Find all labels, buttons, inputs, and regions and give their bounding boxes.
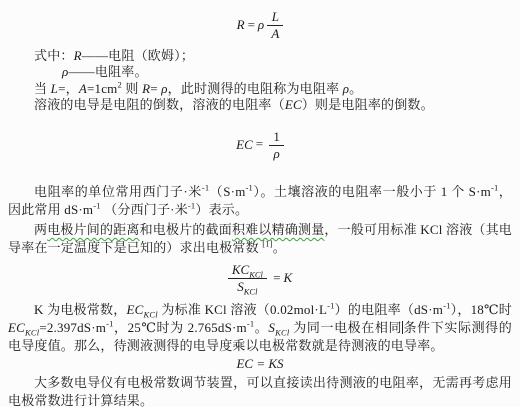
equals-sign: = <box>245 17 258 32</box>
document-page: R=ρ LA 式中：R——电阻（欧姆）； ρ——电阻率。 当 L=，A=1cm2… <box>0 0 520 407</box>
formula-var-r: R <box>237 17 245 32</box>
formula-conductivity: EC= 1ρ <box>8 130 512 162</box>
formula-var-ec: EC <box>236 136 253 151</box>
formula-resistance: R=ρ LA <box>8 10 512 42</box>
paragraph-electrodes: 两电极片间的距离和电极片的截面积难以精确测量，一般可用标准 KCl 溶液（其电导… <box>8 221 512 257</box>
fraction-l-over-a: LA <box>267 10 283 42</box>
fraction-kc-over-s: KCKClSKCl <box>228 263 267 295</box>
subscript-kcl: KCl <box>244 287 258 297</box>
fraction-numerator: 1 <box>269 130 284 146</box>
formula-var-k: K <box>283 270 292 285</box>
formula-ec-ks-text: EC = KS <box>236 356 283 371</box>
formula-var-rho: ρ <box>258 17 264 32</box>
paragraph-when-la: 当 L=，A=1cm2 则 R= ρ，此时测得的电阻称为电阻率 ρ。 <box>8 81 512 98</box>
equals-sign: = <box>253 136 266 151</box>
formula-var-kc: KC <box>232 262 249 277</box>
subscript-kcl: KCl <box>249 270 263 280</box>
paragraph-reciprocal: 溶液的电导是电阻的倒数，溶液的电阻率（EC）则是电阻率的倒数。 <box>8 97 512 114</box>
formula-cell-constant: KCKClSKCl =K <box>8 263 512 295</box>
paragraph-meters: 大多数电导仪有电极常数调节装置，可以直接读出待测液的电阻率，无需再考虑用电极常数… <box>8 374 512 407</box>
formula-ec-ks: EC = KS <box>8 357 512 371</box>
fraction-numerator: KCKCl <box>228 263 267 279</box>
fraction-1-over-rho: 1ρ <box>269 130 284 162</box>
paragraph-where-rho: ρ——电阻率。 <box>8 64 512 81</box>
fraction-numerator: L <box>267 10 283 26</box>
paragraph-units: 电阻率的单位常用西门子·米-1（S·m-1）。土壤溶液的电阻率一般小于 1 个 … <box>8 183 512 219</box>
fraction-denominator: ρ <box>269 146 284 161</box>
paragraph-k-constant: K 为电极常数，ECKCl 为标准 KCl 溶液（0.02mol·L-1）的电阻… <box>8 301 512 355</box>
equals-sign: = <box>270 270 283 285</box>
fraction-denominator: SKCl <box>228 279 267 294</box>
fraction-denominator: A <box>267 26 283 41</box>
paragraph-where-r: 式中：R——电阻（欧姆）； <box>8 48 512 65</box>
